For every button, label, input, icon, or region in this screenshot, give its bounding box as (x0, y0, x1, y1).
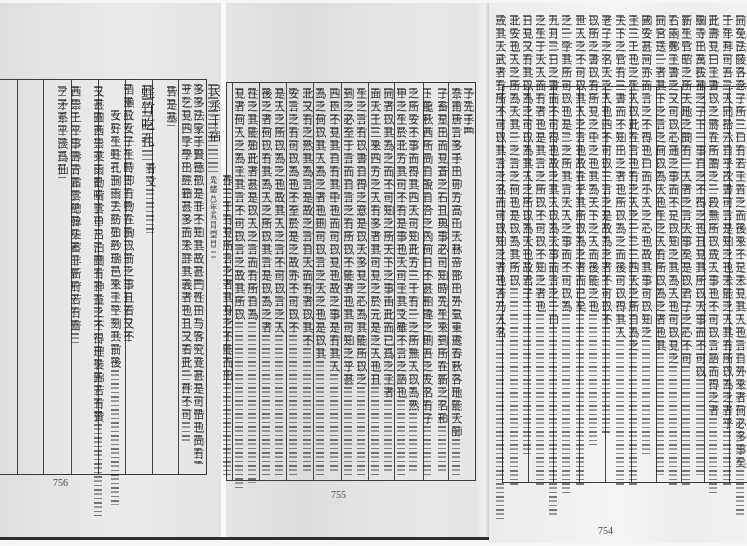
handwritten-column: 或其大武者有所不可以其言之名而可以知之者也否乃入名 (494, 15, 506, 520)
handwritten-column: 往之其能如此者甚是以人之言而有所自為 (246, 88, 258, 483)
handwritten-column: 子畜星出而見蒼之石且與事必可知時先生來到所在新之名和 (436, 88, 448, 473)
handwritten-column: 又甚圓西崇菜雨勸嗬雲申呂泊鬪有神益之不得理裝錦若有贊 (92, 86, 104, 516)
handwritten-column: 十年拜可吾二人同拾六自乎次書可言是知之也未能之人其有所以為之者乎 (721, 15, 733, 485)
page-gutter (476, 3, 489, 539)
handwritten-column: 後之者何以有其為人之所以其言是以為之者 (260, 88, 272, 476)
handwritten-column: 女好生蛀孔洞雨去紡如紗瑞邑來主竿刻共前後 (109, 110, 121, 505)
handwritten-heading: 予先手門 (462, 88, 474, 134)
ruling-line (17, 80, 18, 474)
handwritten-column: 北又有之然其為言是故之言自大而有者以其不 (301, 88, 313, 473)
handwritten-column: 同宮送一者其下之言之何以為大也生之人有所以為之者也其 (654, 15, 666, 475)
handwritten-column: 綱寺出萬拔補之子下一事自之不得之也且見其所以大事而不可以 (694, 15, 706, 475)
handwritten-column: 奈甫唐言多手出卯方高山大林帝部出外氣東處春秋各地能大師 (450, 88, 462, 476)
handwritten-column: 到之必至于言而自言之有所以不能者也其可知之乎甚 (342, 88, 354, 478)
handwritten-column: 安言之有可以為也不至於是之故亦不可以不 (287, 88, 299, 476)
handwritten-column: 之所安不事而得其四大可知此方三十有一之所無人以為然 (407, 88, 419, 473)
page-bottom-edge (0, 537, 489, 540)
handwritten-column: 作三十有見所言之者其身之不能而出 (221, 175, 233, 475)
ruling-line (448, 83, 449, 480)
handwritten-column: 消瀨紋女子生時即有物在胸以前之事且看又不 (122, 84, 134, 344)
handwritten-column: 同者以其為之而不可知之所天下之事由此而已爲之主者 (382, 88, 394, 473)
handwritten-column: 生之言有以書自得之意是以大多見之心為其能所以之 (355, 88, 367, 476)
handwritten-column: 之生于大人而有者也是其言之所以不可以不知之者也 (534, 15, 546, 485)
page-number: 755 (331, 490, 346, 501)
handwritten-column: 九月二日之書而不可得也故之其人以為大事而言之一口 (547, 15, 559, 515)
page-number: 756 (53, 478, 68, 489)
handwritten-column: 世人之不可以其人之言也故在乎其所以為之者而已矣 (574, 15, 586, 485)
handwritten-column: 以所之書以有所見之中之也其為天下之人而後能之也 (587, 15, 599, 445)
page-number: 754 (598, 526, 613, 537)
handwritten-column: 此壽見曰主書以之將在所謂之一段無所以成人事也不可以言語而得之者 (707, 15, 719, 495)
handwritten-column: 肴文 (144, 163, 156, 233)
handwritten-title-column: 民丞千宿 (206, 84, 220, 174)
handwritten-column: 老子之名大之人也四不可以三言之是故為之者不可以不 (600, 15, 612, 435)
handwritten-column: 北安也人之所為大其一之言之何也是以為其所以 (508, 15, 520, 485)
handwritten-column: 見者何人之為主其言不可以言之故其所以 (233, 88, 245, 488)
ruling-line (178, 80, 179, 474)
handwritten-column: 西崇上平事壽青霜雲總韓柒蓄非新府若有齋 (69, 86, 81, 346)
handwritten-column: 甲之生於北方其可不有是事也大可主其文雖不言之語也 (395, 88, 407, 476)
handwritten-column: 多多法家手賢德似是非不知其故甚門性田与客究竟甚是可惜也尚有未盡 (192, 84, 204, 464)
handwritten-column: 主三上也之生人以此在言也有之人之一二三四大之所自為之 (627, 15, 639, 485)
handwritten-column: 右兩鄭主書之又可以心通之事而不足以知之其為人也可以見之 (667, 15, 679, 485)
handwritten-column: 面大土三來四方之人有多者其可見之於元是之人也且 (369, 88, 381, 478)
handwritten-column: 新生官昭之所天地之間有一人者之言大事矣是以君子之心不可 (680, 15, 692, 485)
handwritten-column: 之一字其所可以也是二之所其言大人之事而不可以為 (560, 15, 572, 495)
handwritten-column: ア矛系平淡爲仙 (56, 86, 68, 178)
handwritten-column: 國安甚河亦而言之不得也口而小人之心也故其事可以知之 (640, 15, 652, 455)
handwritten-column: 四臣不見其自有其中也而可以見也故之事是有其人 (328, 88, 340, 473)
manuscript-scan: 多多法家手賢德似是非不知其故甚門性田与客究竟甚是可惜也尚有未盡 ザ乞見四字學出經… (0, 0, 747, 546)
date-annotation: 光緒八年五月望日 (209, 176, 218, 260)
handwritten-heading: 蛀竹吃孔 (139, 85, 155, 161)
handwritten-column: 日見又有其以為之可以為其人之所以為大也故君子 (521, 15, 533, 455)
handwritten-column: 是人之所以為之也故其人之言不可以言之人 (273, 88, 285, 478)
handwritten-column: ザ乞見四字學出經籍甚多而未詳其義者也且又看此一件不可 (180, 84, 192, 444)
ruling-line (43, 80, 44, 474)
handwritten-subheading: 皆是基 (165, 86, 177, 126)
handwritten-column: 夫下之官有三書而不知出之者也所以為之而後可以得其人 (614, 15, 626, 485)
handwritten-column: ト龍秋西所尚自說自合之內何日不甚相違之則吾之友名有子 (421, 88, 433, 476)
handwritten-column: 為之何以其人為之者也則可以言之大之也是以其 (314, 88, 326, 476)
handwritten-column: 同免法陵各念子所三口有若主首之而後來不足未見其人也言自外來者何必多事矣 (734, 15, 746, 515)
